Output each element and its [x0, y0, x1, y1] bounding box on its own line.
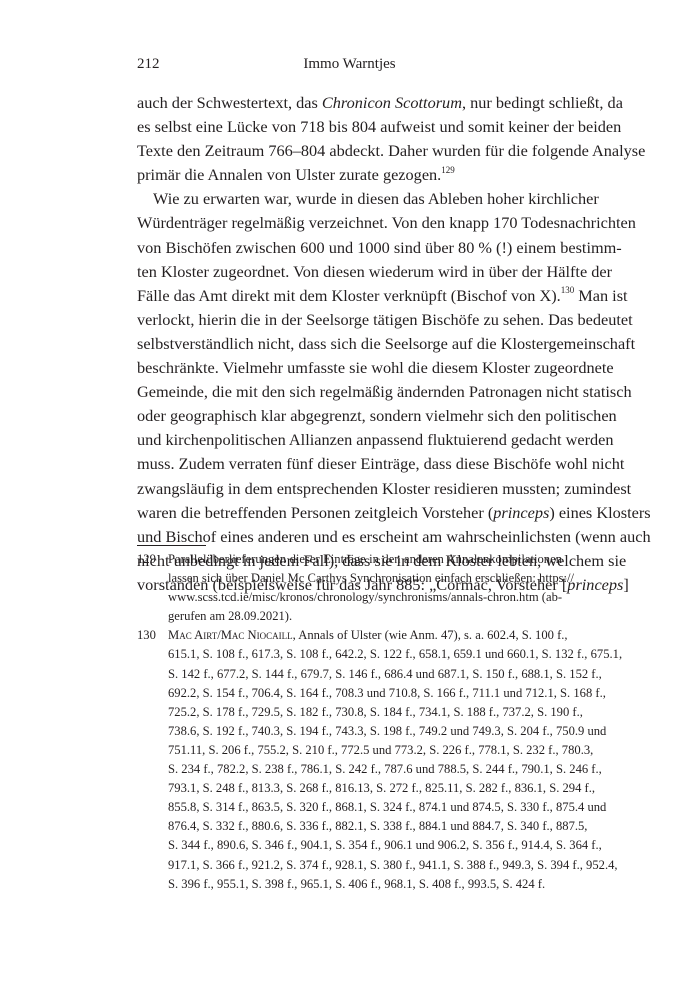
- text-line: zwangsläufig in dem entsprechenden Klost…: [137, 477, 562, 501]
- footnote-line: 738.6, S. 192 f., 740.3, S. 194 f., 743.…: [168, 722, 562, 741]
- text-line: Würdenträger regelmäßig verzeichnet. Von…: [137, 211, 562, 235]
- footnote-line: S. 344 f., 890.6, S. 346 f., 904.1, S. 3…: [168, 836, 562, 855]
- text-line: Texte den Zeitraum 766–804 abdeckt. Dahe…: [137, 139, 562, 163]
- footnote-separator: [137, 545, 206, 546]
- author-smallcaps: Mac Airt/Mac Niocaill: [168, 628, 293, 642]
- text-line: Fälle das Amt direkt mit dem Kloster ver…: [137, 284, 562, 308]
- footnote-line: lassen sich über Daniel Mc Carthys Synch…: [168, 569, 562, 588]
- footnote-line: S. 142 f., 677.2, S. 144 f., 679.7, S. 1…: [168, 665, 562, 684]
- footnote-line: gerufen am 28.09.2021).: [168, 607, 562, 626]
- footnotes: 129 Parallelüberlieferungen dieser Eintr…: [137, 550, 562, 894]
- footnote-line: 692.2, S. 154 f., 706.4, S. 164 f., 708.…: [168, 684, 562, 703]
- text-line: ten Kloster zugeordnet. Von diesen wiede…: [137, 260, 562, 284]
- footnote-line: 876.4, S. 332 f., 880.6, S. 336 f., 882.…: [168, 817, 562, 836]
- text-line: selbstverständlich nicht, dass sich die …: [137, 332, 562, 356]
- running-title: Immo Warntjes: [137, 56, 562, 73]
- footnote-129: 129 Parallelüberlieferungen dieser Eintr…: [137, 550, 562, 626]
- footnote-line: 917.1, S. 366 f., 921.2, S. 374 f., 928.…: [168, 856, 562, 875]
- footnote-number: 130: [137, 626, 156, 645]
- footnote-line: 751.11, S. 206 f., 755.2, S. 210 f., 772…: [168, 741, 562, 760]
- text-line: primär die Annalen von Ulster zurate gez…: [137, 163, 562, 187]
- running-head: 212 Immo Warntjes: [137, 56, 562, 76]
- italic-term: princeps: [493, 503, 549, 522]
- italic-term: princeps: [567, 575, 623, 594]
- italic-title: Chronicon Scottorum: [322, 93, 462, 112]
- text-line: auch der Schwestertext, das Chronicon Sc…: [137, 91, 562, 115]
- footnote-url-line[interactable]: www.scss.tcd.ie/misc/kronos/chronology/s…: [168, 588, 562, 607]
- text-line: Gemeinde, die mit den sich regelmäßig än…: [137, 380, 562, 404]
- text-line: Wie zu erwarten war, wurde in diesen das…: [137, 187, 562, 211]
- text-line: es selbst eine Lücke von 718 bis 804 auf…: [137, 115, 562, 139]
- text-line: muss. Zudem verraten fünf dieser Einträg…: [137, 452, 562, 476]
- footnote-line: Parallelüberlieferungen dieser Einträge …: [168, 550, 562, 569]
- footnote-number: 129: [137, 550, 156, 569]
- footnote-ref-130[interactable]: 130: [561, 285, 575, 295]
- body-text: auch der Schwestertext, das Chronicon Sc…: [137, 91, 562, 597]
- footnote-line: 615.1, S. 108 f., 617.3, S. 108 f., 642.…: [168, 645, 562, 664]
- footnote-line: 725.2, S. 178 f., 729.5, S. 182 f., 730.…: [168, 703, 562, 722]
- footnote-line: S. 234 f., 782.2, S. 238 f., 786.1, S. 2…: [168, 760, 562, 779]
- footnote-ref-129[interactable]: 129: [441, 165, 455, 175]
- footnote-line: Mac Airt/Mac Niocaill, Annals of Ulster …: [168, 626, 562, 645]
- footnote-line: 855.8, S. 314 f., 863.5, S. 320 f., 868.…: [168, 798, 562, 817]
- footnote-line: 793.1, S. 248 f., 813.3, S. 268 f., 816.…: [168, 779, 562, 798]
- text-line: von Bischöfen zwischen 600 und 1000 sind…: [137, 236, 562, 260]
- paragraph-1: auch der Schwestertext, das Chronicon Sc…: [137, 91, 562, 187]
- footnote-line: S. 396 f., 955.1, S. 398 f., 965.1, S. 4…: [168, 875, 562, 894]
- footnote-130: 130 Mac Airt/Mac Niocaill, Annals of Uls…: [137, 626, 562, 893]
- paragraph-2: Wie zu erwarten war, wurde in diesen das…: [137, 187, 562, 597]
- text-line: verlockt, hierin die in der Seelsorge tä…: [137, 308, 562, 332]
- text-line: waren die betreffenden Personen zeitglei…: [137, 501, 562, 525]
- text-line: und kirchenpolitischen Allianzen anpasse…: [137, 428, 562, 452]
- text-line: oder geographisch klar abgegrenzt, sonde…: [137, 404, 562, 428]
- text-line: beschränkte. Vielmehr umfasste sie wohl …: [137, 356, 562, 380]
